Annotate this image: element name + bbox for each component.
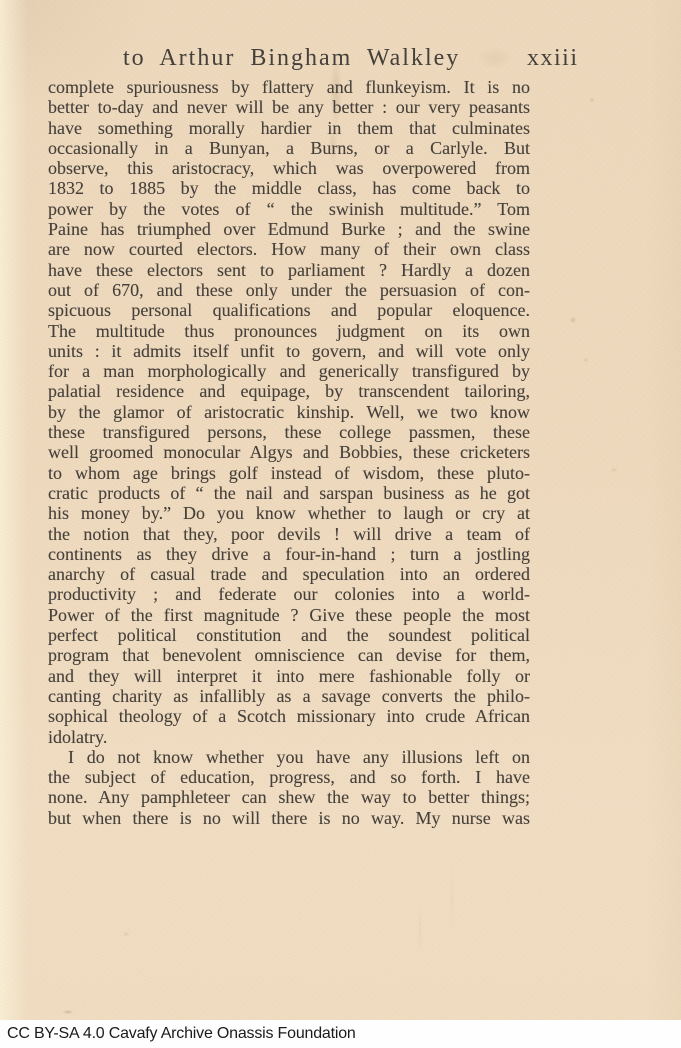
text-line: observe, this aristocracy, which was ove… [48, 158, 530, 178]
text-line: units : it admits itself unfit to govern… [48, 341, 530, 361]
text-line: for a man morphologically and genericall… [48, 361, 530, 381]
text-line: better to-day and never will be any bett… [48, 97, 530, 117]
text-line: but when there is no will there is no wa… [48, 808, 530, 828]
text-line: anarchy of casual trade and speculation … [48, 564, 530, 584]
text-line: productivity ; and federate our colonies… [48, 584, 530, 604]
text-line: occasionally in a Bunyan, a Burns, or a … [48, 138, 530, 158]
text-line: have these electors sent to parliament ?… [48, 260, 530, 280]
text-line: the subject of education, progress, and … [48, 767, 530, 787]
text-line: palatial residence and equipage, by tran… [48, 381, 530, 401]
text-line: to whom age brings golf instead of wisdo… [48, 463, 530, 483]
text-line: have something morally hardier in them t… [48, 118, 530, 138]
text-line: idolatry. [48, 727, 530, 747]
text-line: well groomed monocular Algys and Bobbies… [48, 442, 530, 462]
text-line: complete spuriousness by flattery and fl… [48, 77, 530, 97]
paragraph: complete spuriousness by flattery and fl… [48, 77, 530, 747]
scanned-book-page: to Arthur Bingham Walkley xxiii complete… [0, 0, 681, 1048]
text-line: spicuous personal qualifications and pop… [48, 300, 530, 320]
text-line: I do not know whether you have any illus… [48, 747, 530, 767]
license-text: CC BY-SA 4.0 Cavafy Archive Onassis Foun… [0, 1020, 356, 1048]
text-line: out of 670, and these only under the per… [48, 280, 530, 300]
text-line: his money by.” Do you know whether to la… [48, 503, 530, 523]
text-line: sophical theology of a Scotch missionary… [48, 706, 530, 726]
paragraph: I do not know whether you have any illus… [48, 747, 530, 828]
text-line: these transfigured persons, these colleg… [48, 422, 530, 442]
text-line: continents as they drive a four-in-hand … [48, 544, 530, 564]
text-line: Power of the first magnitude ? Give thes… [48, 605, 530, 625]
text-line: the notion that they, poor devils ! will… [48, 524, 530, 544]
text-line: by the glamor of aristocratic kinship. W… [48, 402, 530, 422]
text-block: complete spuriousness by flattery and fl… [48, 77, 530, 828]
text-line: are now courted electors. How many of th… [48, 239, 530, 259]
page-number: xxiii [527, 44, 579, 72]
text-line: perfect political constitution and the s… [48, 625, 530, 645]
running-title: to Arthur Bingham Walkley [123, 44, 460, 72]
text-line: and they will interpret it into mere fas… [48, 666, 530, 686]
license-bar: CC BY-SA 4.0 Cavafy Archive Onassis Foun… [0, 1020, 681, 1048]
text-line: The multitude thus pronounces judgment o… [48, 321, 530, 341]
text-line: Paine has triumphed over Edmund Burke ; … [48, 219, 530, 239]
text-line: 1832 to 1885 by the middle class, has co… [48, 178, 530, 198]
text-line: program that benevolent omniscience can … [48, 645, 530, 665]
running-head: to Arthur Bingham Walkley xxiii [0, 44, 681, 74]
text-line: cratic products of “ the nail and sarspa… [48, 483, 530, 503]
text-line: canting charity as infallibly as a savag… [48, 686, 530, 706]
text-line: power by the votes of “ the swinish mult… [48, 199, 530, 219]
text-line: none. Any pamphleteer can shew the way t… [48, 787, 530, 807]
